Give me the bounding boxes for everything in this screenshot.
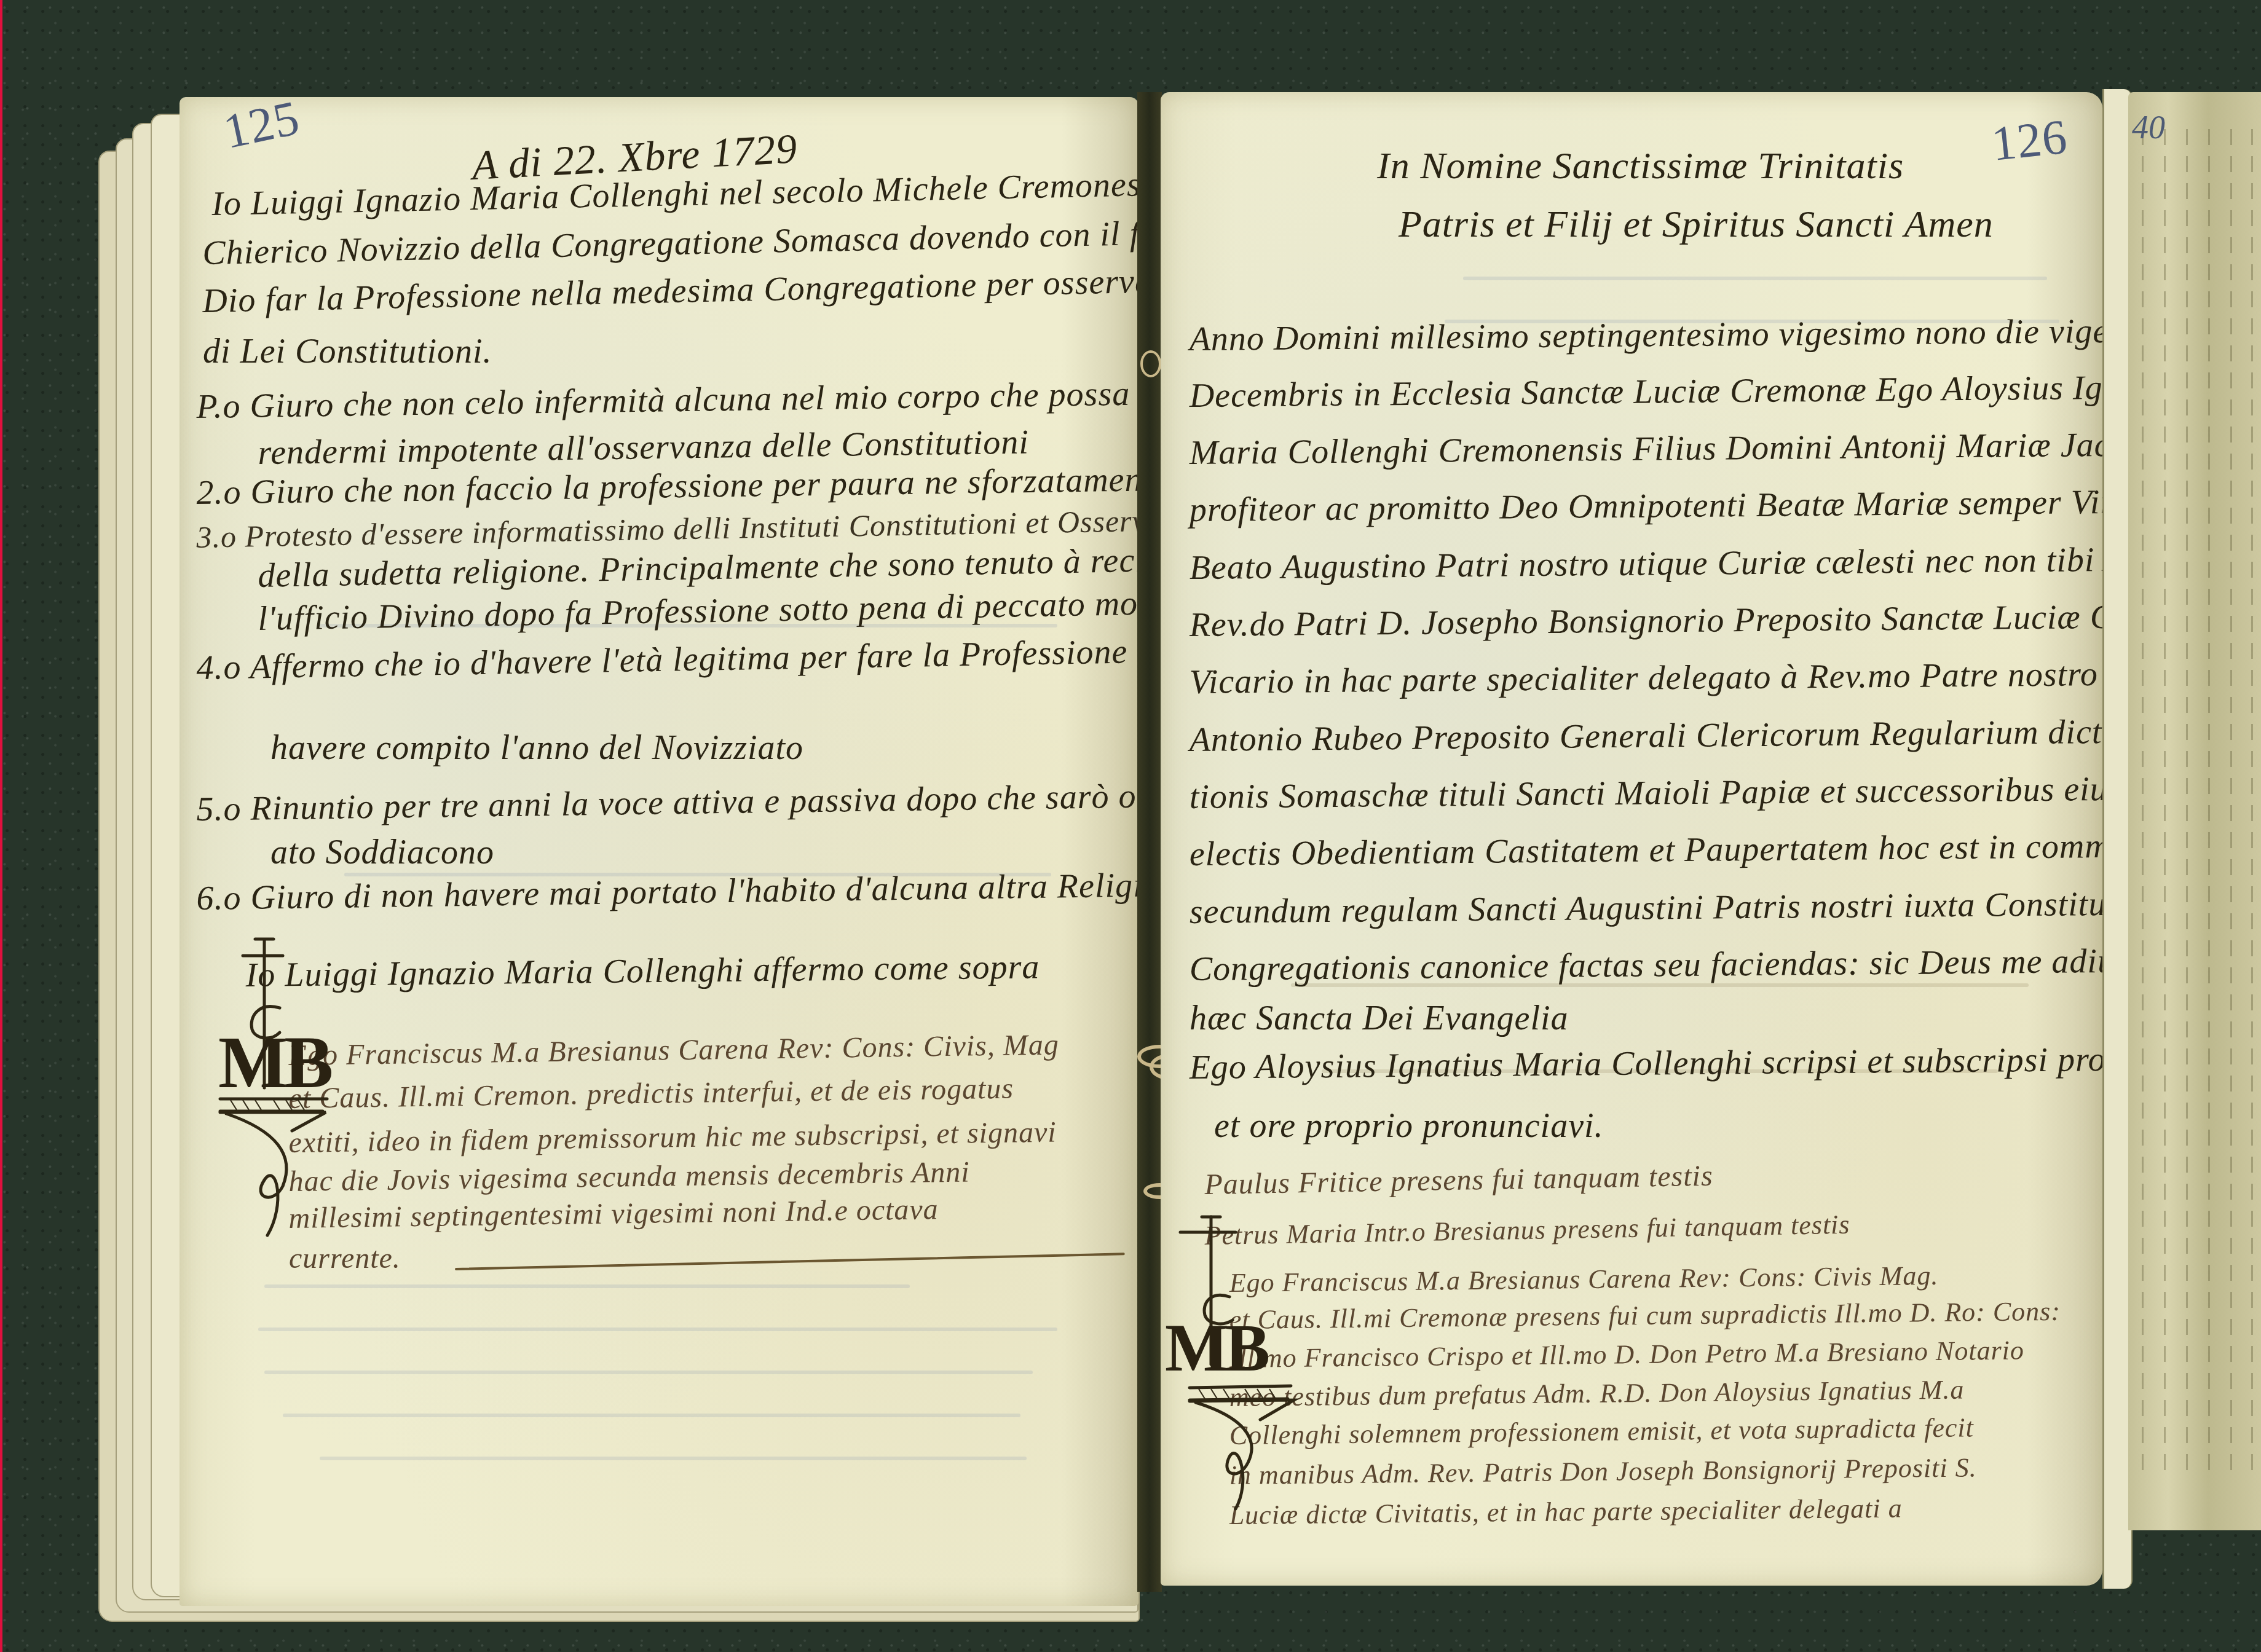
folio-number: 126 — [1989, 109, 2070, 173]
binding-thread-icon — [1140, 350, 1161, 377]
signum-monogram: MB — [218, 1020, 329, 1105]
faded-vertical-text — [2230, 129, 2232, 1481]
signature-line: Io Luiggi Ignazio Maria Collenghi afferm… — [245, 947, 1040, 995]
scan-edge-line — [0, 0, 2, 1652]
text-line: ato Soddiacono — [270, 833, 494, 872]
bleed-through — [1463, 277, 2047, 280]
next-leaf-folio-number: 40 — [2132, 108, 2165, 146]
parchment-binding-strip — [2128, 92, 2261, 1530]
faded-vertical-text — [2251, 129, 2253, 1481]
faded-vertical-text — [2164, 129, 2166, 1481]
invocation-line: In Nomine Sanctissimæ Trinitatis — [1377, 144, 1904, 188]
bleed-through — [283, 1414, 1020, 1417]
invocation-line: Patris et Filij et Spiritus Sancti Amen — [1399, 203, 1994, 246]
faded-vertical-text — [2208, 129, 2210, 1481]
text-line: hæc Sancta Dei Evangelia — [1190, 999, 1569, 1038]
bleed-through — [264, 1284, 910, 1288]
text-line: havere compito l'anno del Novizziato — [270, 728, 803, 768]
text-line: et ore proprio pronunciavi. — [1214, 1106, 1604, 1146]
faded-vertical-text — [2186, 129, 2188, 1481]
bleed-through — [258, 1327, 1057, 1331]
faded-vertical-text — [2142, 129, 2144, 1481]
signum-monogram: MB — [1165, 1309, 1266, 1387]
spine-gutter — [1137, 92, 1162, 1592]
text-line: di Lei Constitutioni. — [203, 332, 492, 371]
bleed-through — [264, 1371, 1033, 1374]
bleed-through — [320, 1457, 1027, 1460]
